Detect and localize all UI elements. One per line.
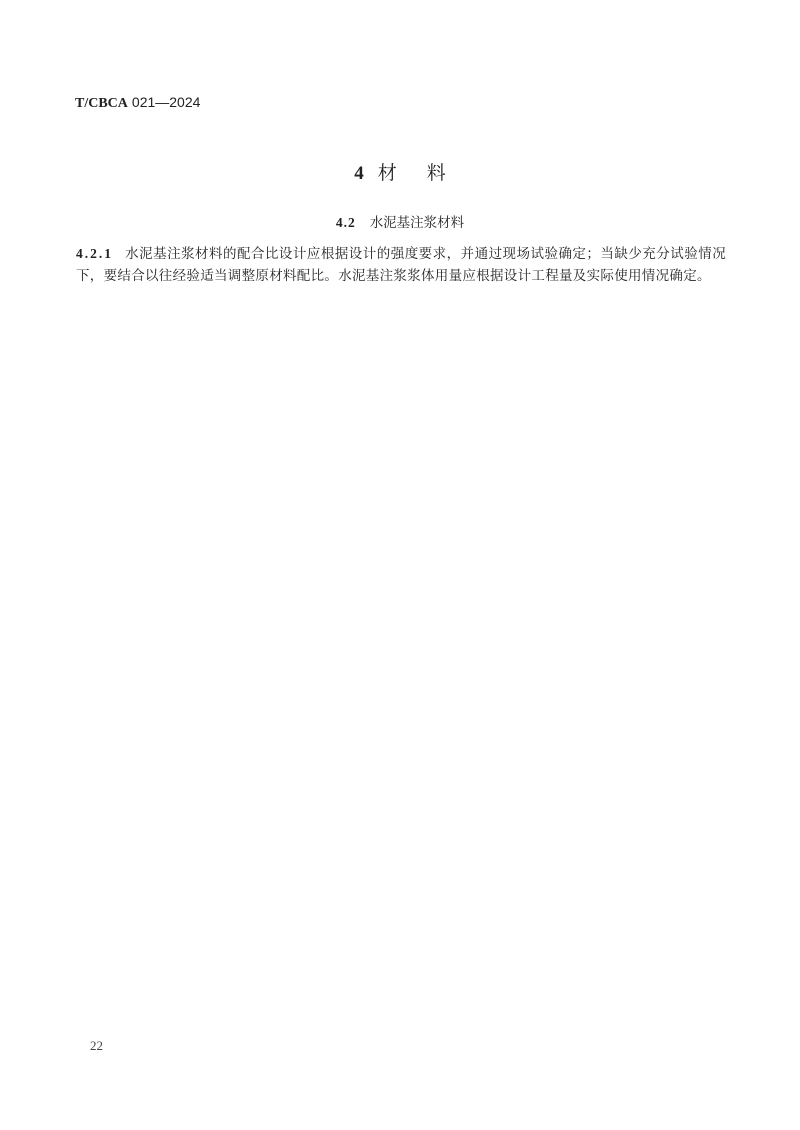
chapter-title-char-1: 材 bbox=[378, 162, 397, 184]
chapter-title-char-2: 料 bbox=[427, 162, 446, 184]
section-number: 4.2 bbox=[336, 215, 356, 230]
chapter-number: 4 bbox=[354, 163, 364, 184]
standard-number: 021—2024 bbox=[132, 94, 201, 110]
page-number: 22 bbox=[90, 1038, 103, 1054]
clause-number: 4.2.1 bbox=[76, 246, 113, 261]
standard-prefix: T/CBCA bbox=[75, 96, 128, 111]
chapter-title: 4材料 bbox=[0, 158, 800, 185]
section-title-text: 水泥基注浆材料 bbox=[370, 215, 465, 231]
clause-text: 水泥基注浆材料的配合比设计应根据设计的强度要求，并通过现场试验确定；当缺少充分试… bbox=[76, 246, 726, 284]
section-title: 4.2水泥基注浆材料 bbox=[0, 211, 800, 231]
clause-paragraph: 4.2.1水泥基注浆材料的配合比设计应根据设计的强度要求，并通过现场试验确定；当… bbox=[76, 243, 726, 287]
standard-code: T/CBCA021—2024 bbox=[75, 94, 200, 112]
